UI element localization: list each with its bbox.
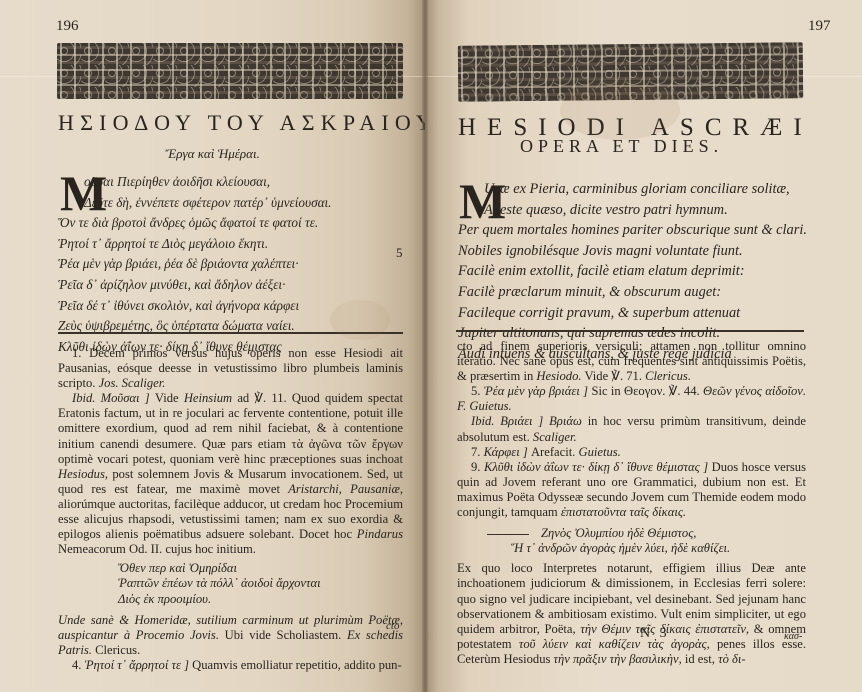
note-1: 1. Decem primos versus hujus operis non … (58, 346, 403, 391)
verse-line: Adeste quæso, dicite vestro patri hymnum… (458, 200, 807, 221)
latin-subtitle: OPERA ET DIES. (520, 136, 723, 157)
note-7: 7. Κάρφει ] Arefacit. Guietus. (457, 445, 806, 460)
verse-line: Ῥεῖα δέ τ᾽ ἰθύνει σκολιὸν, καὶ ἀγήνορα κ… (58, 296, 331, 317)
verse-line: Ῥέα μὲν γὰρ βριάει, ῥέα δὲ βριάοντα χαλέ… (58, 254, 331, 275)
paper-stain (330, 300, 390, 340)
verse-line: Per quem mortales homines pariter obscur… (458, 220, 807, 241)
verse-line: Nobiles ignobilésque Jovis magni volunta… (458, 241, 807, 262)
catchword-right: κασ- (784, 631, 802, 642)
greek-subtitle: Ἔργα καὶ Ἡμέραι. (0, 146, 425, 162)
greek-verse-block: οῦσαι Πιερίηθεν ἀοιδῆσι κλείουσαι, Δεῦτε… (58, 172, 331, 357)
verse-line: Δεῦτε δὴ, ἐννέπετε σφέτερον πατέρ᾽ ὑμνεί… (58, 193, 331, 214)
note-author: Jos. Scaliger. (99, 376, 166, 390)
note-ibid: Ibid. Μοῦσαι ] Vide Heinsium ad ℣. 11. Q… (58, 391, 403, 557)
page-number-right: 197 (808, 18, 831, 35)
ornamental-headpiece-right (458, 42, 804, 102)
verse-line: οῦσαι Πιερίηθεν ἀοιδῆσι κλείουσαι, (58, 172, 331, 193)
verse-line: Ῥητοί τ᾽ ἄρρητοί τε Διὸς μεγάλοιο ἕκητι. (58, 234, 331, 255)
greek-title: ΗΣΙΟΔΟΥ ΤΟΥ ΑΣΚΡΑΙΟΥ (58, 110, 403, 136)
book-gutter (422, 0, 428, 692)
odyssey-quote: Ζηνὸς Ὀλυμπίου ἠδὲ Θέμιστος, Ἥ τ᾽ ἀνδρῶν… (457, 520, 806, 561)
pindar-quote: Ὅθεν περ καὶ Ὁμηρίδαι Ῥαπτῶν ἐπέων τὰ πό… (58, 561, 403, 606)
note-homeridae: Unde sanè & Homeridæ, sutilium carminum … (58, 613, 403, 658)
catchword-left: cto (386, 620, 399, 632)
left-page: 196 ΗΣΙΟΔΟΥ ΤΟΥ ΑΣΚΡΑΙΟΥ Ἔργα καὶ Ἡμέραι… (0, 0, 425, 692)
verse-line: Facilè enim extollit, facilè etiam elatu… (458, 261, 807, 282)
note-ibid-5: Ibid. Βριάει ] Βριάω in hoc versu primùm… (457, 414, 806, 444)
quote-dash (487, 534, 529, 535)
verse-line: Facilè præclarum minuit, & obscurum auge… (458, 282, 807, 303)
note-continuation: cto ad finem superioris versiculi; attam… (457, 339, 806, 384)
verse-line: Facileque corrigit pravum, & superbum at… (458, 303, 807, 324)
verse-line: Ῥεῖα δ᾽ ἀρίζηλον μινύθει, καὶ ἄδηλον ἀέξ… (58, 275, 331, 296)
commentary-left: 1. Decem primos versus hujus operis non … (58, 346, 403, 673)
verse-line: Usæ ex Pieria, carminibus gloriam concil… (458, 179, 807, 200)
divider-rule-right (456, 330, 804, 332)
note-5: 5. Ῥέα μὲν γὰρ βριάει ] Sic in Θεογον. ℣… (457, 384, 806, 414)
signature-mark: N 3 (640, 626, 670, 642)
note-interpretes: Ex quo loco Interpretes notarunt, effigi… (457, 561, 806, 667)
ornamental-headpiece-left (57, 43, 403, 99)
note-4: 4. Ῥητοί τ᾽ ἄρρητοί τε ] Quamvis emollia… (58, 658, 403, 673)
verse-number: 5 (396, 245, 403, 261)
divider-rule-left (58, 332, 403, 334)
commentary-right: cto ad finem superioris versiculi; attam… (457, 339, 806, 667)
note-9: 9. Κλῦθι ἰδὼν ἀΐων τε· δίκῃ δ᾽ ἴθυνε θέμ… (457, 460, 806, 520)
page-number-left: 196 (56, 18, 79, 35)
verse-line: Ὅν τε διὰ βροτοὶ ἄνδρες ὁμῶς ἄφατοί τε φ… (58, 213, 331, 234)
latin-verse-block: Usæ ex Pieria, carminibus gloriam concil… (458, 179, 807, 364)
